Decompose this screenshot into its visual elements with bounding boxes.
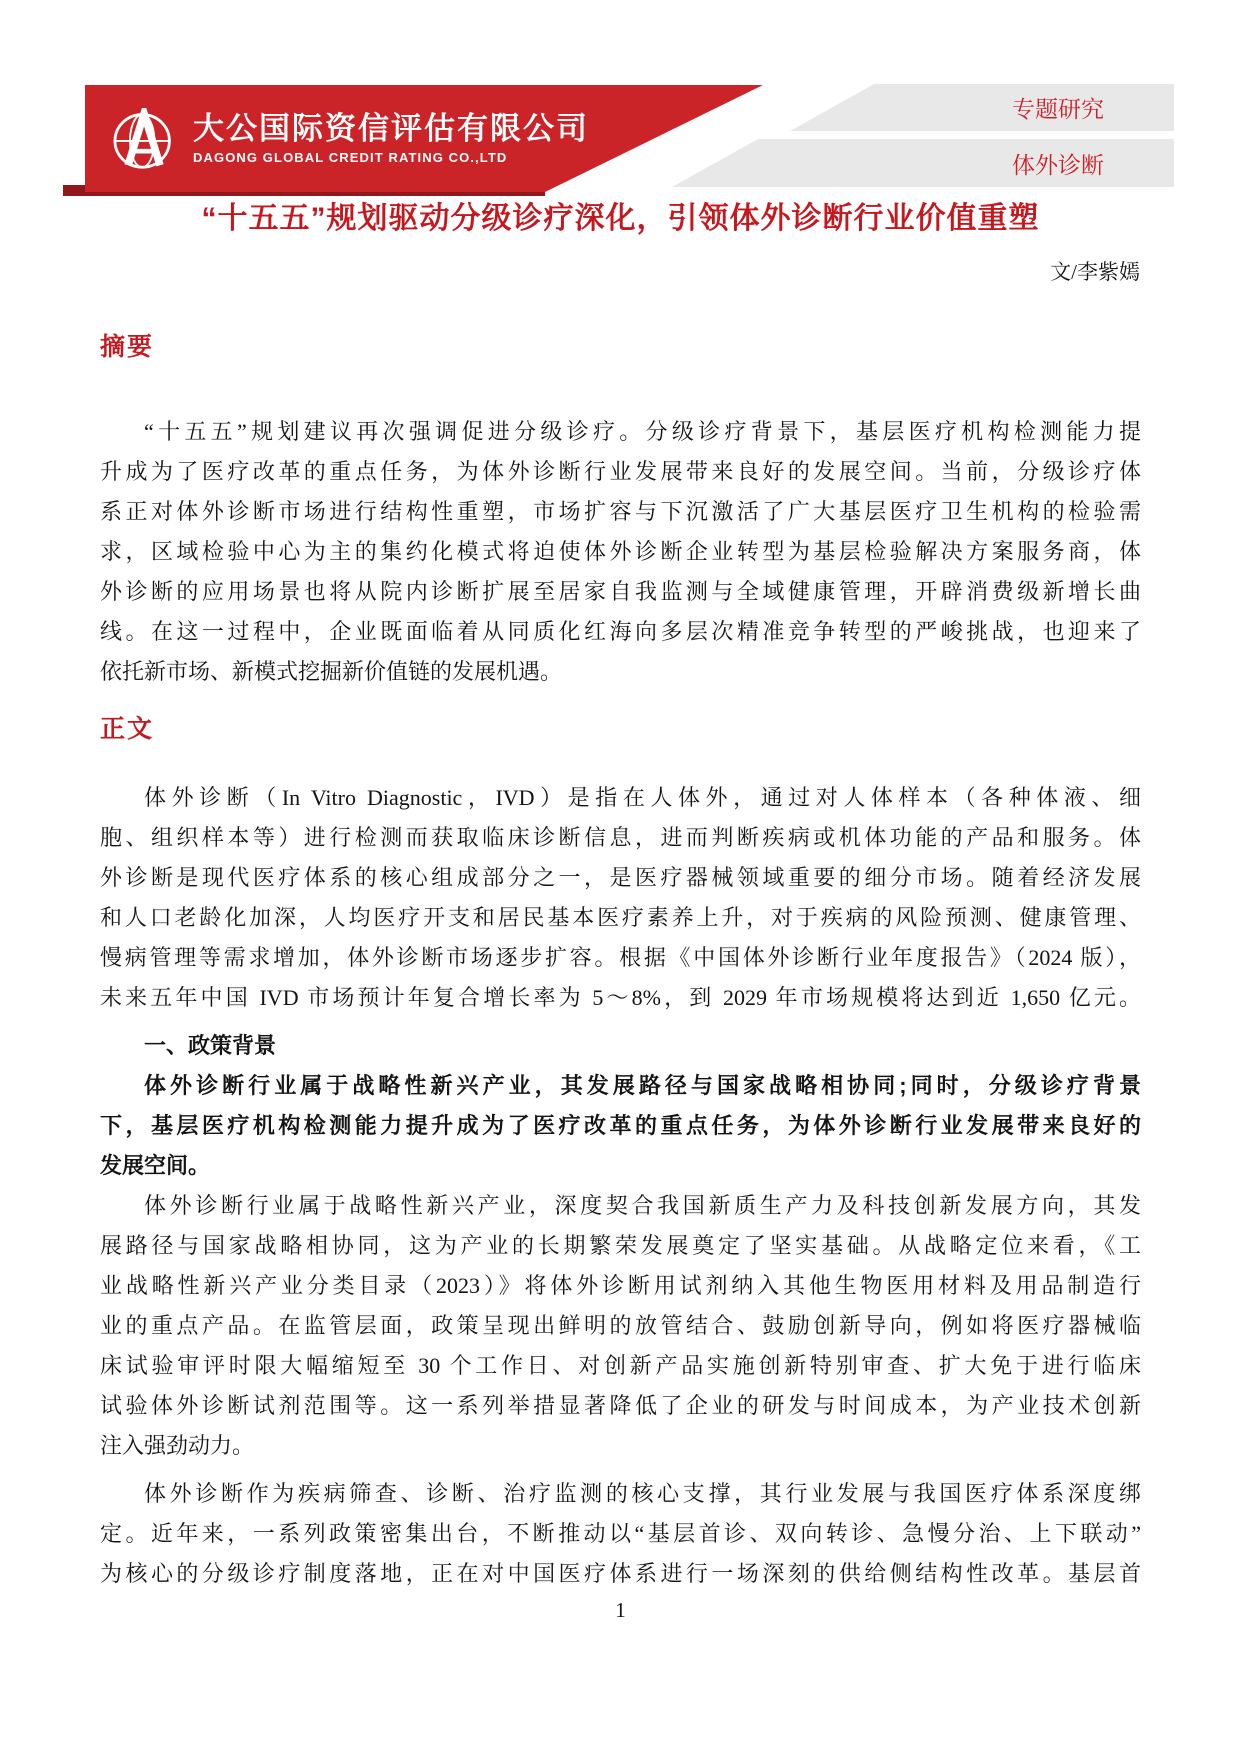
- body-heading: 正文: [100, 712, 1141, 746]
- text-line: 展路径与国家战略相协同，这为产业的长期繁荣发展奠定了坚实基础。从战略定位来看，《…: [100, 1226, 1141, 1266]
- abstract-paragraph: “十五五”规划建议再次强调促进分级诊疗。分级诊疗背景下，基层医疗机构检测能力提升…: [100, 412, 1141, 692]
- policy-detail-paragraph: 体外诊断作为疾病筛查、诊断、治疗监测的核心支撑，其行业发展与我国医疗体系深度绑定…: [100, 1474, 1141, 1594]
- text-line: “十五五”规划建议再次强调促进分级诊疗。分级诊疗背景下，基层医疗机构检测能力提: [100, 412, 1141, 452]
- section-1-heading: 一、政策背景: [100, 1026, 1141, 1066]
- text-line: 床试验审评时限大幅缩短至 30 个工作日、对创新产品实施创新特别审查、扩大免于进…: [100, 1346, 1141, 1386]
- text-line: 业战略性新兴产业分类目录（2023）》将体外诊断用试剂纳入其他生物医用材料及用品…: [100, 1266, 1141, 1306]
- page-number: 1: [0, 1598, 1241, 1623]
- text-line: 为核心的分级诊疗制度落地，正在对中国医疗体系进行一场深刻的供给侧结构性改革。基层…: [100, 1554, 1141, 1594]
- article-title: “十五五”规划驱动分级诊疗深化，引领体外诊断行业价值重塑: [100, 198, 1141, 240]
- text-line: 发展空间。: [100, 1146, 1141, 1186]
- text-line: 慢病管理等需求增加，体外诊断市场逐步扩容。根据《中国体外诊断行业年度报告》（20…: [100, 938, 1141, 978]
- text-line: 依托新市场、新模式挖掘新价值链的发展机遇。: [100, 652, 1141, 692]
- text-line: 外诊断的应用场景也将从院内诊断扩展至居家自我监测与全域健康管理，开辟消费级新增长…: [100, 572, 1141, 612]
- text-line: 胞、组织样本等）进行检测而获取临床诊断信息，进而判断疾病或机体功能的产品和服务。…: [100, 818, 1141, 858]
- document-body: 摘要“十五五”规划建议再次强调促进分级诊疗。分级诊疗背景下，基层医疗机构检测能力…: [100, 330, 1141, 1594]
- report-topic-label: 体外诊断: [1012, 147, 1104, 180]
- abstract-heading: 摘要: [100, 330, 1141, 364]
- dagong-globe-logo-icon: [111, 108, 179, 170]
- text-line: 线。在这一过程中，企业既面临着从同质化红海向多层次精准竞争转型的严峻挑战，也迎来…: [100, 612, 1141, 652]
- company-name-en: DAGONG GLOBAL CREDIT RATING CO.,LTD: [193, 150, 589, 165]
- text-line: 体外诊断（In Vitro Diagnostic，IVD）是指在人体外，通过对人…: [100, 778, 1141, 818]
- report-type-label: 专题研究: [1012, 91, 1104, 124]
- policy-summary-paragraph: 体外诊断行业属于战略性新兴产业，其发展路径与国家战略相协同;同时，分级诊疗背景下…: [100, 1066, 1141, 1186]
- company-name-cn: 大公国际资信评估有限公司: [193, 112, 589, 146]
- text-line: 注入强劲动力。: [100, 1426, 1141, 1466]
- report-topic-bar: 体外诊断: [672, 139, 1174, 187]
- strategy-paragraph: 体外诊断行业属于战略性新兴产业，深度契合我国新质生产力及科技创新发展方向，其发展…: [100, 1186, 1141, 1466]
- brand-banner: 大公国际资信评估有限公司 DAGONG GLOBAL CREDIT RATING…: [85, 85, 763, 192]
- text-line: 求，区域检验中心为主的集约化模式将迫使体外诊断企业转型为基层检验解决方案服务商，…: [100, 532, 1141, 572]
- text-line: 升成为了医疗改革的重点任务，为体外诊断行业发展带来良好的发展空间。当前，分级诊疗…: [100, 452, 1141, 492]
- report-page: 大公国际资信评估有限公司 DAGONG GLOBAL CREDIT RATING…: [0, 0, 1241, 1754]
- report-type-bar: 专题研究: [790, 84, 1174, 131]
- text-line: 体外诊断作为疾病筛查、诊断、治疗监测的核心支撑，其行业发展与我国医疗体系深度绑: [100, 1474, 1141, 1514]
- brand-text: 大公国际资信评估有限公司 DAGONG GLOBAL CREDIT RATING…: [193, 112, 589, 165]
- text-line: 未来五年中国 IVD 市场预计年复合增长率为 5～8%，到 2029 年市场规模…: [100, 978, 1141, 1018]
- text-line: 外诊断是现代医疗体系的核心组成部分之一，是医疗器械领域重要的细分市场。随着经济发…: [100, 858, 1141, 898]
- article-author: 文/李紫嫣: [1050, 256, 1140, 286]
- text-line: 试验体外诊断试剂范围等。这一系列举措显著降低了企业的研发与时间成本，为产业技术创…: [100, 1386, 1141, 1426]
- text-line: 系正对体外诊断市场进行结构性重塑，市场扩容与下沉激活了广大基层医疗卫生机构的检验…: [100, 492, 1141, 532]
- text-line: 下，基层医疗机构检测能力提升成为了医疗改革的重点任务，为体外诊断行业发展带来良好…: [100, 1106, 1141, 1146]
- text-line: 体外诊断行业属于战略性新兴产业，深度契合我国新质生产力及科技创新发展方向，其发: [100, 1186, 1141, 1226]
- report-header: 大公国际资信评估有限公司 DAGONG GLOBAL CREDIT RATING…: [0, 0, 1241, 198]
- text-line: 定。近年来，一系列政策密集出台，不断推动以“基层首诊、双向转诊、急慢分治、上下联…: [100, 1514, 1141, 1554]
- text-line: 体外诊断行业属于战略性新兴产业，其发展路径与国家战略相协同;同时，分级诊疗背景: [100, 1066, 1141, 1106]
- text-line: 和人口老龄化加深，人均医疗开支和居民基本医疗素养上升，对于疾病的风险预测、健康管…: [100, 898, 1141, 938]
- ivd-intro-paragraph: 体外诊断（In Vitro Diagnostic，IVD）是指在人体外，通过对人…: [100, 778, 1141, 1018]
- text-line: 业的重点产品。在监管层面，政策呈现出鲜明的放管结合、鼓励创新导向，例如将医疗器械…: [100, 1306, 1141, 1346]
